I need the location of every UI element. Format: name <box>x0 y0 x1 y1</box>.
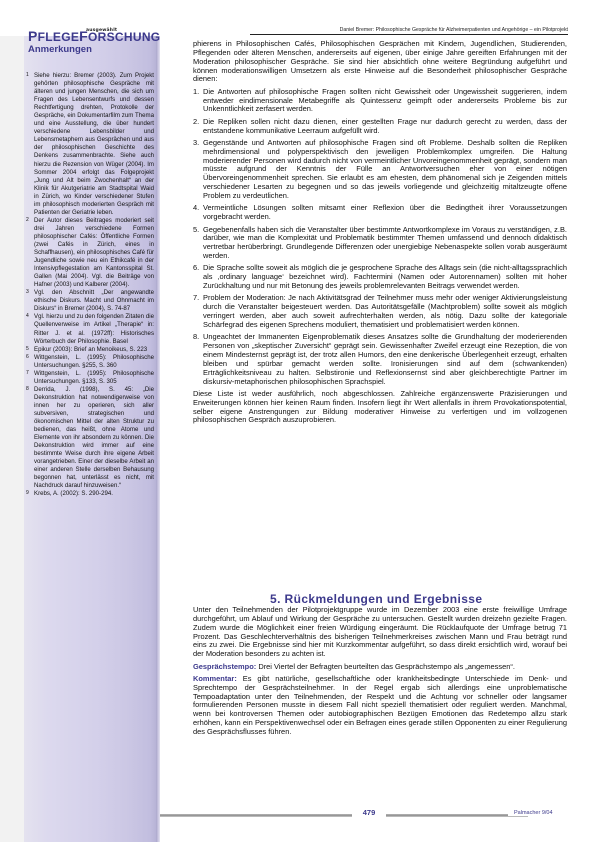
list-item: 1.Die Antworten auf philosophische Frage… <box>193 88 567 115</box>
list-number: 1. <box>193 88 199 97</box>
journal-issue: Palmacher 9/04 <box>508 810 584 816</box>
footnote: 3Vgl. den Abschnitt „Der angewandte ethi… <box>26 289 154 313</box>
logo-tagline: ausgewählt <box>86 28 117 33</box>
list-number: 4. <box>193 204 199 213</box>
journal-logo: ausgewählt PFLEGEFORSCHUNG Anmerkungen <box>28 30 158 55</box>
closing-paragraph: Diese Liste ist weder ausführlich, noch … <box>193 390 567 425</box>
logo-rest-1: FLEGE <box>38 30 80 44</box>
footnote-text: Wittgenstein, L. (1995): Philosophische … <box>34 370 154 385</box>
list-text: Gegenstände und Antworten auf philosophi… <box>203 138 567 200</box>
list-text: Die Repliken sollen nicht dazu dienen, e… <box>203 117 567 135</box>
list-text: Vermeintliche Lösungen sollten mitsamt e… <box>203 203 567 221</box>
list-number: 3. <box>193 139 199 148</box>
comment-paragraph: Kommentar: Es gibt natürliche, gesellsch… <box>193 675 567 737</box>
list-number: 5. <box>193 226 199 235</box>
section-body: Unter den Teilnehmenden der Pilotprojekt… <box>193 606 567 740</box>
list-text: Ungeachtet der Immanenten Eigenproblemat… <box>203 332 567 385</box>
list-item: 4.Vermeintliche Lösungen sollten mitsamt… <box>193 204 567 222</box>
footnote-number: 6 <box>26 353 29 361</box>
logo-cap-p: P <box>28 28 38 44</box>
list-item: 6.Die Sprache sollte soweit als möglich … <box>193 264 567 291</box>
footnote: 5Epikur (2003): Brief an Menoikeus, S. 2… <box>26 346 154 354</box>
list-item: 3.Gegenstände und Antworten auf philosop… <box>193 139 567 201</box>
footnote: 4Vgl. hierzu und zu den folgenden Zitate… <box>26 313 154 345</box>
comment-text: Es gibt natürliche, gesellschaftliche od… <box>193 674 567 736</box>
list-number: 8. <box>193 333 199 342</box>
list-item: 5.Gegebenenfalls haben sich die Veransta… <box>193 226 567 261</box>
footnote-number: 2 <box>26 216 29 224</box>
footnotes-heading: Anmerkungen <box>28 44 158 55</box>
footnote: 1Siehe hierzu: Bremer (2003). Zum Projek… <box>26 72 154 217</box>
footnotes-column: 1Siehe hierzu: Bremer (2003). Zum Projek… <box>26 72 154 498</box>
footnote-number: 7 <box>26 369 29 377</box>
footnote-text: Wittgenstein, L. (1995): Philosophische … <box>34 354 154 369</box>
tempo-paragraph: Gesprächstempo: Drei Viertel der Befragt… <box>193 663 567 672</box>
comment-label: Kommentar: <box>193 674 237 683</box>
footnote: 7Wittgenstein, L. (1995): Philosophische… <box>26 370 154 386</box>
footnote: 8Derrida, J. (1998), S. 45: „Die Dekonst… <box>26 386 154 491</box>
footnote: 6Wittgenstein, L. (1995): Philosophische… <box>26 354 154 370</box>
page-number: 479 <box>352 808 386 817</box>
guidelines-list: 1.Die Antworten auf philosophische Frage… <box>193 88 567 387</box>
footnote-number: 8 <box>26 385 29 393</box>
list-text: Die Sprache sollte soweit als möglich di… <box>203 263 567 290</box>
footnote: 2Der Autor dieses Beitrages moderiert se… <box>26 217 154 289</box>
footnote-text: Derrida, J. (1998), S. 45: „Die Dekonstr… <box>34 386 154 490</box>
tempo-text: Drei Viertel der Befragten beurteilten d… <box>256 662 515 671</box>
list-text: Problem der Moderation: Je nach Aktivitä… <box>203 293 567 329</box>
list-item: 2.Die Repliken sollen nicht dazu dienen,… <box>193 118 567 136</box>
sidebar-edge <box>156 36 160 842</box>
list-text: Gegebenenfalls haben sich die Veranstalt… <box>203 225 567 261</box>
footnote-text: Siehe hierzu: Bremer (2003). Zum Projekt… <box>34 72 154 216</box>
intro-paragraph: phierens in Philosophischen Cafés, Philo… <box>193 40 567 84</box>
list-item: 7.Problem der Moderation: Je nach Aktivi… <box>193 294 567 329</box>
survey-paragraph: Unter den Teilnehmenden der Pilotprojekt… <box>193 606 567 659</box>
tempo-label: Gesprächstempo: <box>193 662 256 671</box>
footnote-number: 5 <box>26 345 29 353</box>
footnote-text: Krebs, A. (2002): S. 290-294. <box>34 490 113 497</box>
footnote-number: 3 <box>26 288 29 296</box>
footer-rule-right <box>380 814 528 817</box>
list-item: 8.Ungeachtet der Immanenten Eigenproblem… <box>193 333 567 386</box>
list-number: 7. <box>193 294 199 303</box>
footnote-number: 9 <box>26 489 29 497</box>
page: ausgewählt PFLEGEFORSCHUNG Anmerkungen D… <box>0 0 595 842</box>
list-number: 2. <box>193 118 199 127</box>
footnote-text: Der Autor dieses Beitrages moderiert sei… <box>34 217 154 288</box>
list-text: Die Antworten auf philosophische Fragen … <box>203 87 567 114</box>
footnote: 9Krebs, A. (2002): S. 290-294. <box>26 490 154 498</box>
footnote-text: Vgl. den Abschnitt „Der angewandte ethis… <box>34 289 154 312</box>
section-heading: 5. Rückmeldungen und Ergebnisse <box>270 592 482 606</box>
footnote-text: Epikur (2003): Brief an Menoikeus, S. 22… <box>34 346 147 353</box>
footnote-number: 1 <box>26 71 29 79</box>
running-head: Daniel Bremer: Philosophische Gespräche … <box>250 27 568 35</box>
main-column: phierens in Philosophischen Cafés, Philo… <box>193 40 567 429</box>
footnote-number: 4 <box>26 312 29 320</box>
list-number: 6. <box>193 264 199 273</box>
footnote-text: Vgl. hierzu und zu den folgenden Zitaten… <box>34 313 154 344</box>
